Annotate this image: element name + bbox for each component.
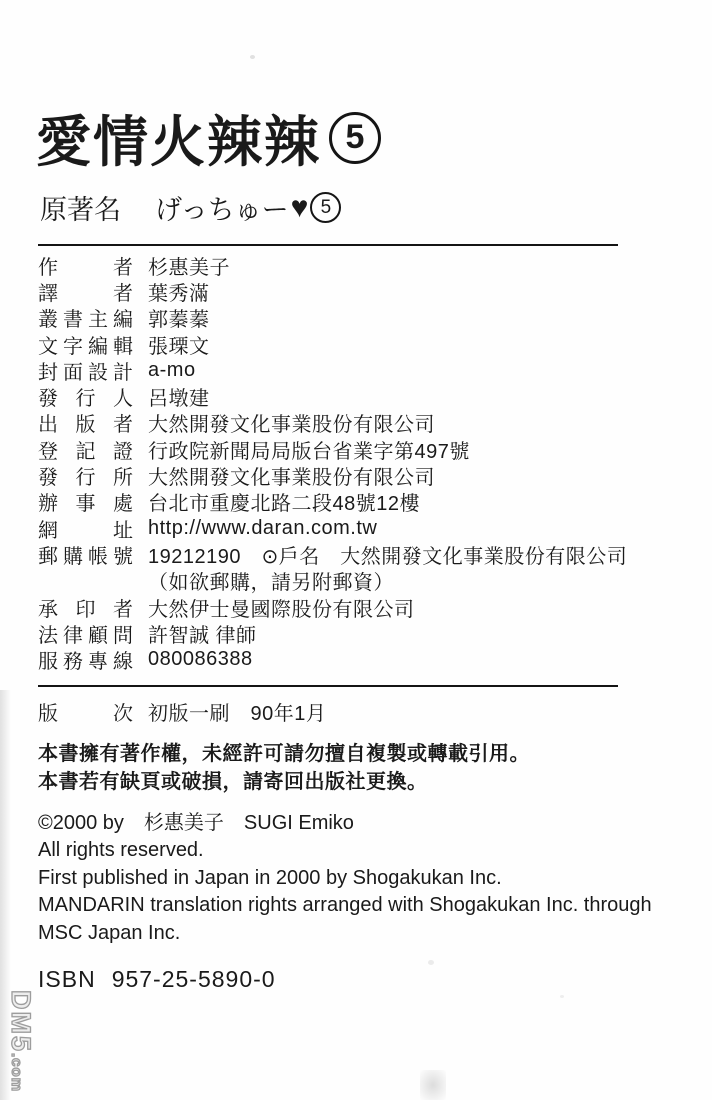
copyright-line: ©2000 by 杉惠美子 SUGI Emiko xyxy=(38,810,652,837)
row-label: 封面設計 xyxy=(38,356,133,385)
row-legal-advisor: 法律顧問 許智誠 律師 xyxy=(38,620,678,646)
isbn-line: ISBN957-25-5890-0 xyxy=(38,966,276,993)
row-cover-design: 封面設計 a-mo xyxy=(38,357,678,383)
isbn-label: ISBN xyxy=(38,966,96,992)
row-value: 大然開發文化事業股份有限公司 xyxy=(148,461,435,490)
notice-line: 本書擁有著作權，未經許可請勿擅自複製或轉載引用。 xyxy=(38,740,530,768)
row-label: 發行人 xyxy=(38,382,133,411)
row-value: 呂墩建 xyxy=(148,382,210,411)
copyright-line: First published in Japan in 2000 by Shog… xyxy=(38,865,652,892)
copyright-notices: 本書擁有著作權，未經許可請勿擅自複製或轉載引用。 本書若有缺頁或破損，請寄回出版… xyxy=(38,740,530,796)
row-label: 承印者 xyxy=(38,593,133,622)
isbn-value: 957-25-5890-0 xyxy=(112,966,276,992)
row-mail-order-account: 郵購帳號 19212190 ⊙戶名 大然開發文化事業股份有限公司 xyxy=(38,541,678,567)
heart-icon: ♥ xyxy=(291,191,309,225)
row-value: 行政院新聞局局版台省業字第497號 xyxy=(148,435,470,464)
row-value: 許智誠 律師 xyxy=(148,619,257,648)
row-edition: 版次 初版一刷 90年1月 xyxy=(38,698,678,724)
row-label: 出版者 xyxy=(38,408,133,437)
edition-section: 版次 初版一刷 90年1月 xyxy=(38,698,678,724)
row-publisher-person: 發行人 呂墩建 xyxy=(38,383,678,409)
row-service-hotline: 服務專線 080086388 xyxy=(38,646,678,672)
row-label: 發行所 xyxy=(38,461,133,490)
row-value: a-mo xyxy=(148,359,196,382)
row-registration: 登記證 行政院新聞局局版台省業字第497號 xyxy=(38,436,678,462)
original-title-line: 原著名 げっちゅー ♥ 5 xyxy=(40,188,341,227)
row-value: 台北市重慶北路二段48號12樓 xyxy=(148,487,420,516)
row-label: 服務專線 xyxy=(38,645,133,674)
original-title-label: 原著名 xyxy=(40,188,121,227)
divider-bottom xyxy=(38,685,618,687)
copyright-line: MSC Japan Inc. xyxy=(38,920,652,947)
row-value: （如欲郵購，請另附郵資） xyxy=(148,566,394,595)
row-label: 郵購帳號 xyxy=(38,540,133,569)
row-label: 譯者 xyxy=(38,277,133,306)
row-label: 網址 xyxy=(38,514,133,543)
original-title-text: げっちゅー xyxy=(155,188,289,227)
row-author: 作者 杉惠美子 xyxy=(38,252,678,278)
row-website: 網址 http://www.daran.com.tw xyxy=(38,515,678,541)
row-value: 葉秀滿 xyxy=(148,277,210,306)
row-value: 大然開發文化事業股份有限公司 xyxy=(148,408,435,437)
notice-line: 本書若有缺頁或破損，請寄回出版社更換。 xyxy=(38,768,530,796)
row-label: 版次 xyxy=(38,697,133,726)
row-label: 法律顧問 xyxy=(38,619,133,648)
row-distributor: 發行所 大然開發文化事業股份有限公司 xyxy=(38,462,678,488)
row-series-editor: 叢書主編 郭蓁蓁 xyxy=(38,305,678,331)
copyright-line: All rights reserved. xyxy=(38,837,652,864)
scan-speck xyxy=(428,960,434,965)
divider-top xyxy=(38,244,618,246)
row-translator: 譯者 葉秀滿 xyxy=(38,278,678,304)
copyright-line: MANDARIN translation rights arranged wit… xyxy=(38,892,652,919)
row-label: 登記證 xyxy=(38,435,133,464)
row-text-editor: 文字編輯 張瑮文 xyxy=(38,331,678,357)
book-title-text: 愛情火辣辣 xyxy=(36,98,321,177)
scan-speck xyxy=(250,55,255,59)
colophon-table: 作者 杉惠美子 譯者 葉秀滿 叢書主編 郭蓁蓁 文字編輯 張瑮文 封面設計 a-… xyxy=(38,252,678,673)
row-value: 19212190 ⊙戶名 大然開發文化事業股份有限公司 xyxy=(148,540,627,569)
row-office-address: 辦事處 台北市重慶北路二段48號12樓 xyxy=(38,489,678,515)
row-label: 作者 xyxy=(38,251,133,280)
row-value: 張瑮文 xyxy=(148,330,210,359)
row-value website-url: http://www.daran.com.tw xyxy=(148,517,377,540)
scan-speck xyxy=(560,995,564,998)
row-label: 文字編輯 xyxy=(38,330,133,359)
copyright-block: ©2000 by 杉惠美子 SUGI Emiko All rights rese… xyxy=(38,810,652,947)
row-publishing-company: 出版者 大然開發文化事業股份有限公司 xyxy=(38,410,678,436)
row-value: 杉惠美子 xyxy=(148,251,230,280)
row-value: 大然伊士曼國際股份有限公司 xyxy=(148,593,415,622)
row-mail-order-note: （如欲郵購，請另附郵資） xyxy=(38,568,678,594)
row-label: 辦事處 xyxy=(38,487,133,516)
scan-gutter-shadow xyxy=(0,690,11,1100)
circled-volume-number: 5 xyxy=(329,112,381,164)
circled-volume-number-small: 5 xyxy=(310,192,341,223)
row-printer: 承印者 大然伊士曼國際股份有限公司 xyxy=(38,594,678,620)
row-label: 叢書主編 xyxy=(38,303,133,332)
row-value: 初版一刷 90年1月 xyxy=(148,697,326,726)
book-title: 愛情火辣辣 5 xyxy=(36,98,381,177)
row-value: 080086388 xyxy=(148,648,253,671)
scan-smudge xyxy=(420,1070,446,1100)
row-value: 郭蓁蓁 xyxy=(148,303,210,332)
